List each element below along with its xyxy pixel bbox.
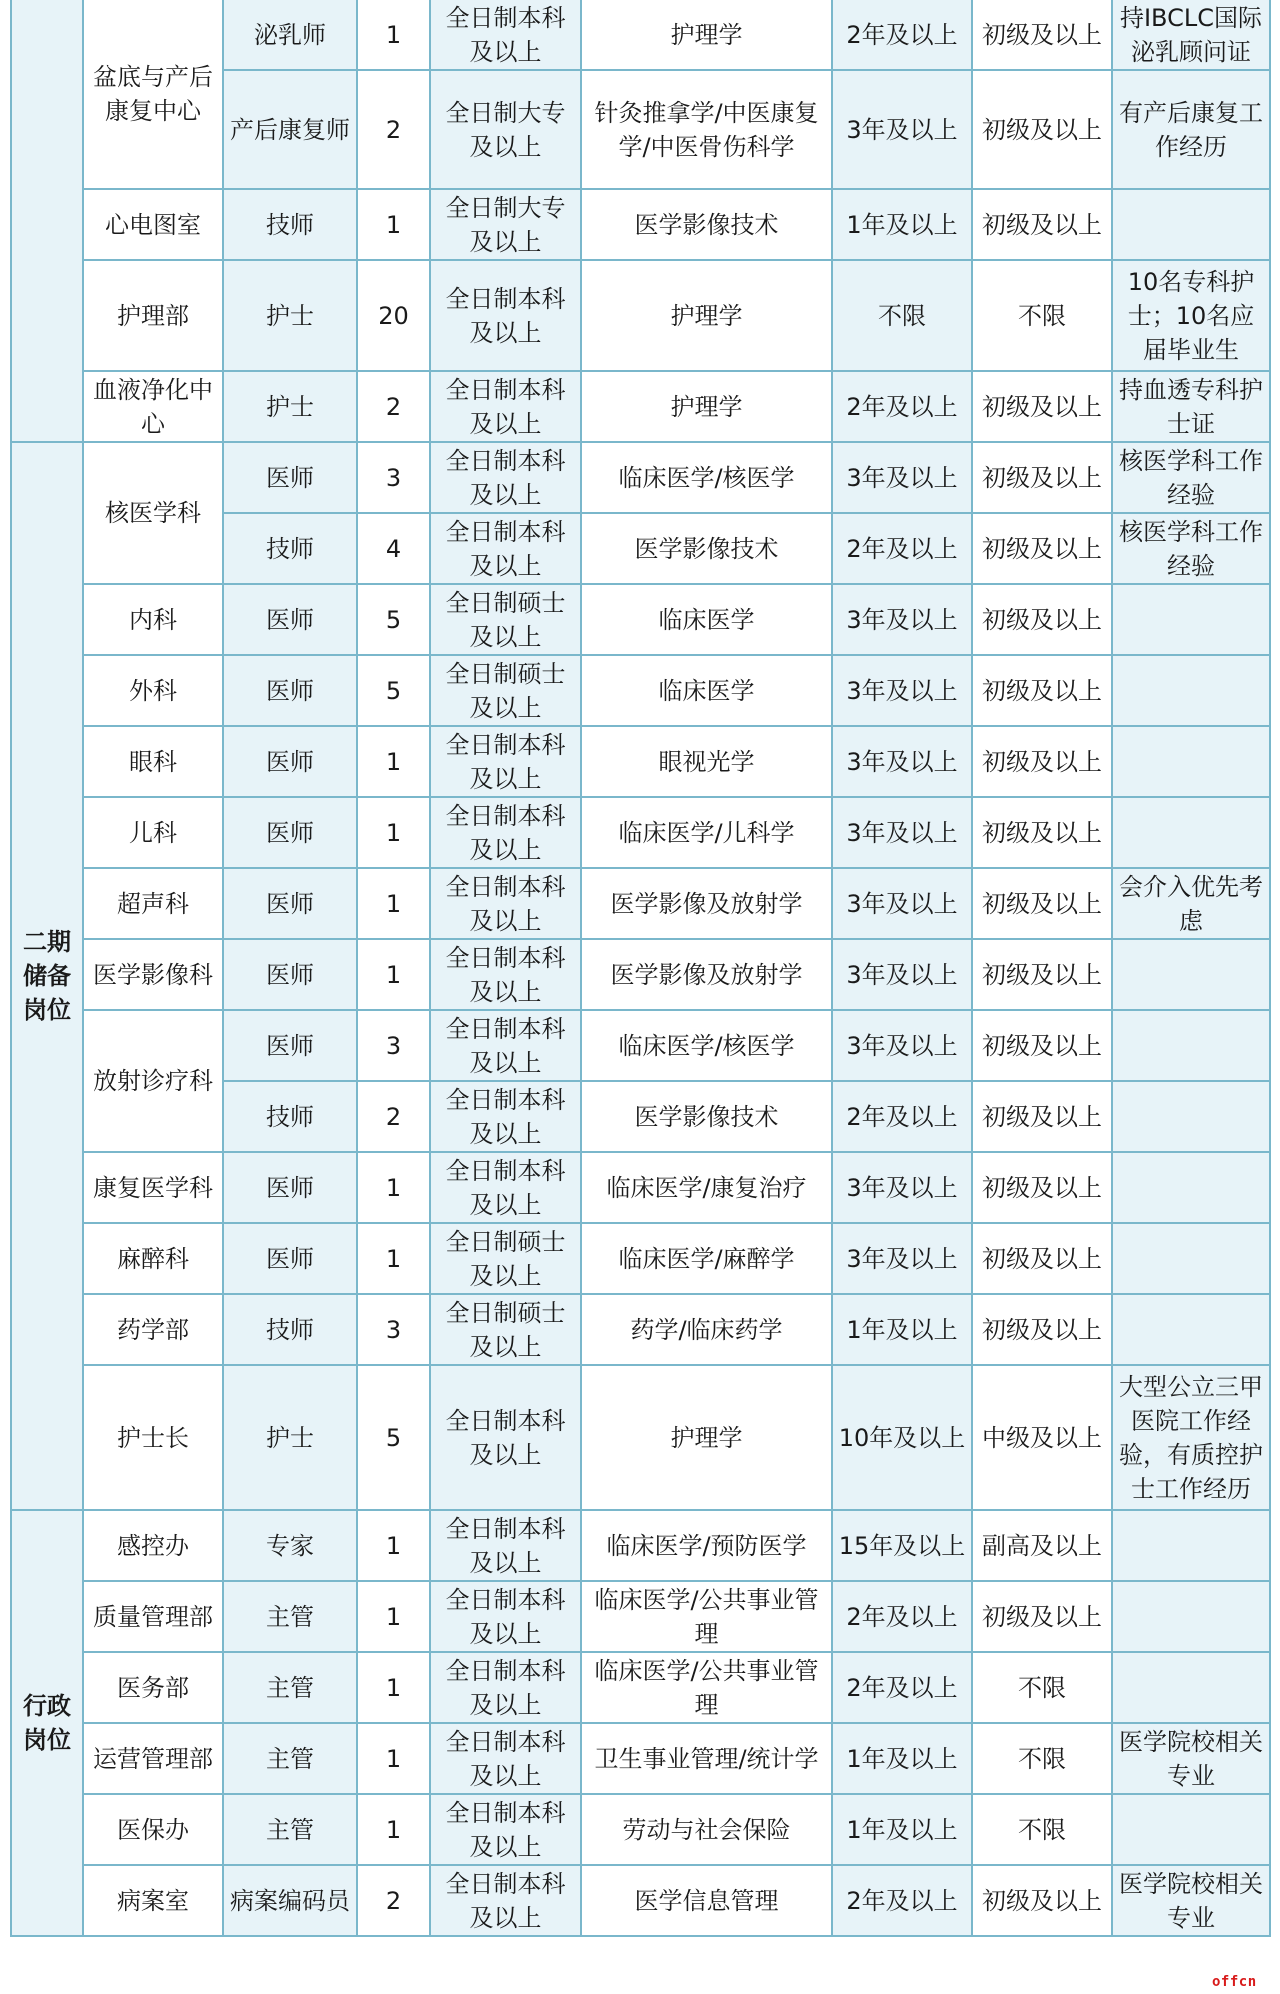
- table-row: 运营管理部 主管 1 全日制本科及以上 卫生事业管理/统计学 1年及以上 不限 …: [11, 1723, 1270, 1794]
- major-cell: 临床医学: [581, 655, 832, 726]
- note-cell: 10名专科护士；10名应届毕业生: [1112, 260, 1270, 371]
- dept-cell: 盆底与产后康复中心: [83, 0, 223, 189]
- title-cell: 初级及以上: [972, 1010, 1112, 1081]
- count-cell: 1: [357, 189, 430, 260]
- position-cell: 医师: [223, 1223, 357, 1294]
- table-row: 行政岗位 感控办 专家 1 全日制本科及以上 临床医学/预防医学 15年及以上 …: [11, 1510, 1270, 1581]
- dept-cell: 核医学科: [83, 442, 223, 584]
- education-cell: 全日制本科及以上: [430, 260, 581, 371]
- recruitment-table-container: 盆底与产后康复中心 泌乳师 1 全日制本科及以上 护理学 2年及以上 初级及以上…: [10, 0, 1269, 1937]
- experience-cell: 3年及以上: [832, 1152, 972, 1223]
- experience-cell: 3年及以上: [832, 655, 972, 726]
- experience-cell: 1年及以上: [832, 189, 972, 260]
- table-row: 医保办 主管 1 全日制本科及以上 劳动与社会保险 1年及以上 不限: [11, 1794, 1270, 1865]
- note-cell: 有产后康复工作经历: [1112, 70, 1270, 189]
- dept-cell: 质量管理部: [83, 1581, 223, 1652]
- note-cell: 核医学科工作经验: [1112, 513, 1270, 584]
- dept-cell: 感控办: [83, 1510, 223, 1581]
- experience-cell: 3年及以上: [832, 1010, 972, 1081]
- table-row: 内科 医师 5 全日制硕士及以上 临床医学 3年及以上 初级及以上: [11, 584, 1270, 655]
- position-cell: 主管: [223, 1723, 357, 1794]
- count-cell: 1: [357, 1723, 430, 1794]
- title-cell: 不限: [972, 1794, 1112, 1865]
- dept-cell: 心电图室: [83, 189, 223, 260]
- title-cell: 初级及以上: [972, 797, 1112, 868]
- dept-cell: 药学部: [83, 1294, 223, 1365]
- major-cell: 医学影像及放射学: [581, 868, 832, 939]
- table-row: 心电图室 技师 1 全日制大专及以上 医学影像技术 1年及以上 初级及以上: [11, 189, 1270, 260]
- major-cell: 护理学: [581, 1365, 832, 1510]
- position-cell: 护士: [223, 260, 357, 371]
- experience-cell: 2年及以上: [832, 1652, 972, 1723]
- major-cell: 护理学: [581, 260, 832, 371]
- count-cell: 4: [357, 513, 430, 584]
- note-cell: [1112, 1152, 1270, 1223]
- count-cell: 5: [357, 655, 430, 726]
- dept-cell: 运营管理部: [83, 1723, 223, 1794]
- major-cell: 针灸推拿学/中医康复学/中医骨伤科学: [581, 70, 832, 189]
- experience-cell: 15年及以上: [832, 1510, 972, 1581]
- position-cell: 主管: [223, 1652, 357, 1723]
- recruitment-table: 盆底与产后康复中心 泌乳师 1 全日制本科及以上 护理学 2年及以上 初级及以上…: [10, 0, 1271, 1937]
- title-cell: 初级及以上: [972, 1152, 1112, 1223]
- experience-cell: 3年及以上: [832, 70, 972, 189]
- education-cell: 全日制本科及以上: [430, 1365, 581, 1510]
- title-cell: 初级及以上: [972, 513, 1112, 584]
- experience-cell: 2年及以上: [832, 1865, 972, 1936]
- education-cell: 全日制硕士及以上: [430, 655, 581, 726]
- count-cell: 1: [357, 726, 430, 797]
- count-cell: 1: [357, 0, 430, 70]
- note-cell: [1112, 1652, 1270, 1723]
- major-cell: 劳动与社会保险: [581, 1794, 832, 1865]
- education-cell: 全日制大专及以上: [430, 70, 581, 189]
- table-row: 质量管理部 主管 1 全日制本科及以上 临床医学/公共事业管理 2年及以上 初级…: [11, 1581, 1270, 1652]
- table-row: 康复医学科 医师 1 全日制本科及以上 临床医学/康复治疗 3年及以上 初级及以…: [11, 1152, 1270, 1223]
- note-cell: 核医学科工作经验: [1112, 442, 1270, 513]
- position-cell: 医师: [223, 797, 357, 868]
- dept-cell: 内科: [83, 584, 223, 655]
- note-cell: [1112, 655, 1270, 726]
- watermark-logo: offcn: [1212, 1974, 1257, 1990]
- dept-cell: 医务部: [83, 1652, 223, 1723]
- title-cell: 不限: [972, 260, 1112, 371]
- dept-cell: 眼科: [83, 726, 223, 797]
- experience-cell: 1年及以上: [832, 1794, 972, 1865]
- note-cell: 持血透专科护士证: [1112, 371, 1270, 442]
- education-cell: 全日制本科及以上: [430, 1010, 581, 1081]
- note-cell: [1112, 1510, 1270, 1581]
- experience-cell: 10年及以上: [832, 1365, 972, 1510]
- position-cell: 病案编码员: [223, 1865, 357, 1936]
- count-cell: 1: [357, 1510, 430, 1581]
- major-cell: 护理学: [581, 371, 832, 442]
- title-cell: 不限: [972, 1652, 1112, 1723]
- major-cell: 临床医学/核医学: [581, 442, 832, 513]
- dept-cell: 病案室: [83, 1865, 223, 1936]
- major-cell: 临床医学/核医学: [581, 1010, 832, 1081]
- major-cell: 临床医学/预防医学: [581, 1510, 832, 1581]
- education-cell: 全日制本科及以上: [430, 939, 581, 1010]
- dept-cell: 护理部: [83, 260, 223, 371]
- title-cell: 初级及以上: [972, 1294, 1112, 1365]
- major-cell: 临床医学/儿科学: [581, 797, 832, 868]
- category-cell: 二期储备岗位: [11, 442, 83, 1510]
- table-row: 医学影像科 医师 1 全日制本科及以上 医学影像及放射学 3年及以上 初级及以上: [11, 939, 1270, 1010]
- major-cell: 医学影像及放射学: [581, 939, 832, 1010]
- major-cell: 临床医学/公共事业管理: [581, 1581, 832, 1652]
- position-cell: 护士: [223, 1365, 357, 1510]
- education-cell: 全日制本科及以上: [430, 1152, 581, 1223]
- title-cell: 初级及以上: [972, 1223, 1112, 1294]
- count-cell: 2: [357, 1865, 430, 1936]
- position-cell: 技师: [223, 1081, 357, 1152]
- count-cell: 1: [357, 939, 430, 1010]
- experience-cell: 3年及以上: [832, 726, 972, 797]
- position-cell: 产后康复师: [223, 70, 357, 189]
- position-cell: 主管: [223, 1581, 357, 1652]
- experience-cell: 2年及以上: [832, 1581, 972, 1652]
- major-cell: 药学/临床药学: [581, 1294, 832, 1365]
- note-cell: [1112, 1223, 1270, 1294]
- count-cell: 1: [357, 1223, 430, 1294]
- experience-cell: 不限: [832, 260, 972, 371]
- experience-cell: 2年及以上: [832, 371, 972, 442]
- education-cell: 全日制本科及以上: [430, 1865, 581, 1936]
- title-cell: 初级及以上: [972, 1581, 1112, 1652]
- experience-cell: 3年及以上: [832, 442, 972, 513]
- dept-cell: 放射诊疗科: [83, 1010, 223, 1152]
- title-cell: 初级及以上: [972, 939, 1112, 1010]
- note-cell: [1112, 1794, 1270, 1865]
- table-row: 超声科 医师 1 全日制本科及以上 医学影像及放射学 3年及以上 初级及以上 会…: [11, 868, 1270, 939]
- position-cell: 医师: [223, 1010, 357, 1081]
- education-cell: 全日制本科及以上: [430, 726, 581, 797]
- count-cell: 3: [357, 1010, 430, 1081]
- table-row: 盆底与产后康复中心 泌乳师 1 全日制本科及以上 护理学 2年及以上 初级及以上…: [11, 0, 1270, 70]
- table-row: 眼科 医师 1 全日制本科及以上 眼视光学 3年及以上 初级及以上: [11, 726, 1270, 797]
- count-cell: 1: [357, 1794, 430, 1865]
- education-cell: 全日制本科及以上: [430, 371, 581, 442]
- dept-cell: 医保办: [83, 1794, 223, 1865]
- note-cell: 医学院校相关专业: [1112, 1723, 1270, 1794]
- experience-cell: 3年及以上: [832, 1223, 972, 1294]
- education-cell: 全日制硕士及以上: [430, 1294, 581, 1365]
- position-cell: 技师: [223, 189, 357, 260]
- title-cell: 不限: [972, 1723, 1112, 1794]
- title-cell: 初级及以上: [972, 371, 1112, 442]
- dept-cell: 超声科: [83, 868, 223, 939]
- experience-cell: 3年及以上: [832, 939, 972, 1010]
- major-cell: 医学信息管理: [581, 1865, 832, 1936]
- education-cell: 全日制本科及以上: [430, 513, 581, 584]
- title-cell: 初级及以上: [972, 0, 1112, 70]
- count-cell: 1: [357, 868, 430, 939]
- note-cell: [1112, 189, 1270, 260]
- major-cell: 临床医学/康复治疗: [581, 1152, 832, 1223]
- position-cell: 医师: [223, 868, 357, 939]
- count-cell: 5: [357, 584, 430, 655]
- education-cell: 全日制本科及以上: [430, 1794, 581, 1865]
- title-cell: 初级及以上: [972, 868, 1112, 939]
- title-cell: 初级及以上: [972, 1865, 1112, 1936]
- title-cell: 初级及以上: [972, 726, 1112, 797]
- major-cell: 医学影像技术: [581, 513, 832, 584]
- position-cell: 主管: [223, 1794, 357, 1865]
- title-cell: 初级及以上: [972, 189, 1112, 260]
- count-cell: 20: [357, 260, 430, 371]
- experience-cell: 3年及以上: [832, 797, 972, 868]
- title-cell: 初级及以上: [972, 70, 1112, 189]
- count-cell: 2: [357, 371, 430, 442]
- note-cell: 会介入优先考虑: [1112, 868, 1270, 939]
- dept-cell: 护士长: [83, 1365, 223, 1510]
- major-cell: 眼视光学: [581, 726, 832, 797]
- position-cell: 泌乳师: [223, 0, 357, 70]
- count-cell: 2: [357, 1081, 430, 1152]
- dept-cell: 医学影像科: [83, 939, 223, 1010]
- major-cell: 临床医学/麻醉学: [581, 1223, 832, 1294]
- table-row: 外科 医师 5 全日制硕士及以上 临床医学 3年及以上 初级及以上: [11, 655, 1270, 726]
- education-cell: 全日制本科及以上: [430, 868, 581, 939]
- count-cell: 3: [357, 442, 430, 513]
- note-cell: [1112, 1010, 1270, 1081]
- table-row: 麻醉科 医师 1 全日制硕士及以上 临床医学/麻醉学 3年及以上 初级及以上: [11, 1223, 1270, 1294]
- table-row: 医务部 主管 1 全日制本科及以上 临床医学/公共事业管理 2年及以上 不限: [11, 1652, 1270, 1723]
- major-cell: 临床医学/公共事业管理: [581, 1652, 832, 1723]
- title-cell: 初级及以上: [972, 584, 1112, 655]
- experience-cell: 1年及以上: [832, 1294, 972, 1365]
- note-cell: [1112, 939, 1270, 1010]
- education-cell: 全日制大专及以上: [430, 189, 581, 260]
- experience-cell: 3年及以上: [832, 584, 972, 655]
- note-cell: [1112, 797, 1270, 868]
- table-row: 药学部 技师 3 全日制硕士及以上 药学/临床药学 1年及以上 初级及以上: [11, 1294, 1270, 1365]
- education-cell: 全日制本科及以上: [430, 1723, 581, 1794]
- count-cell: 1: [357, 1152, 430, 1223]
- education-cell: 全日制本科及以上: [430, 1581, 581, 1652]
- table-row: 放射诊疗科 医师 3 全日制本科及以上 临床医学/核医学 3年及以上 初级及以上: [11, 1010, 1270, 1081]
- position-cell: 技师: [223, 1294, 357, 1365]
- note-cell: 大型公立三甲医院工作经验，有质控护士工作经历: [1112, 1365, 1270, 1510]
- note-cell: [1112, 1581, 1270, 1652]
- note-cell: 持IBCLC国际泌乳顾问证: [1112, 0, 1270, 70]
- education-cell: 全日制本科及以上: [430, 797, 581, 868]
- dept-cell: 麻醉科: [83, 1223, 223, 1294]
- count-cell: 1: [357, 1581, 430, 1652]
- dept-cell: 儿科: [83, 797, 223, 868]
- education-cell: 全日制本科及以上: [430, 0, 581, 70]
- position-cell: 医师: [223, 1152, 357, 1223]
- experience-cell: 2年及以上: [832, 1081, 972, 1152]
- major-cell: 护理学: [581, 0, 832, 70]
- title-cell: 初级及以上: [972, 442, 1112, 513]
- position-cell: 医师: [223, 655, 357, 726]
- position-cell: 医师: [223, 584, 357, 655]
- position-cell: 护士: [223, 371, 357, 442]
- major-cell: 医学影像技术: [581, 1081, 832, 1152]
- dept-cell: 外科: [83, 655, 223, 726]
- table-row: 二期储备岗位 核医学科 医师 3 全日制本科及以上 临床医学/核医学 3年及以上…: [11, 442, 1270, 513]
- count-cell: 5: [357, 1365, 430, 1510]
- category-cell: [11, 0, 83, 442]
- position-cell: 医师: [223, 939, 357, 1010]
- title-cell: 初级及以上: [972, 655, 1112, 726]
- experience-cell: 3年及以上: [832, 868, 972, 939]
- education-cell: 全日制本科及以上: [430, 1652, 581, 1723]
- count-cell: 2: [357, 70, 430, 189]
- table-row: 病案室 病案编码员 2 全日制本科及以上 医学信息管理 2年及以上 初级及以上 …: [11, 1865, 1270, 1936]
- note-cell: [1112, 1294, 1270, 1365]
- category-cell: 行政岗位: [11, 1510, 83, 1936]
- table-row: 血液净化中心 护士 2 全日制本科及以上 护理学 2年及以上 初级及以上 持血透…: [11, 371, 1270, 442]
- major-cell: 卫生事业管理/统计学: [581, 1723, 832, 1794]
- position-cell: 专家: [223, 1510, 357, 1581]
- note-cell: [1112, 1081, 1270, 1152]
- education-cell: 全日制本科及以上: [430, 442, 581, 513]
- experience-cell: 2年及以上: [832, 0, 972, 70]
- experience-cell: 1年及以上: [832, 1723, 972, 1794]
- count-cell: 1: [357, 1652, 430, 1723]
- position-cell: 技师: [223, 513, 357, 584]
- dept-cell: 康复医学科: [83, 1152, 223, 1223]
- table-row: 护士长 护士 5 全日制本科及以上 护理学 10年及以上 中级及以上 大型公立三…: [11, 1365, 1270, 1510]
- note-cell: [1112, 584, 1270, 655]
- education-cell: 全日制本科及以上: [430, 1510, 581, 1581]
- education-cell: 全日制硕士及以上: [430, 584, 581, 655]
- major-cell: 医学影像技术: [581, 189, 832, 260]
- count-cell: 1: [357, 797, 430, 868]
- experience-cell: 2年及以上: [832, 513, 972, 584]
- title-cell: 初级及以上: [972, 1081, 1112, 1152]
- table-row: 儿科 医师 1 全日制本科及以上 临床医学/儿科学 3年及以上 初级及以上: [11, 797, 1270, 868]
- education-cell: 全日制硕士及以上: [430, 1223, 581, 1294]
- note-cell: [1112, 726, 1270, 797]
- note-cell: 医学院校相关专业: [1112, 1865, 1270, 1936]
- dept-cell: 血液净化中心: [83, 371, 223, 442]
- position-cell: 医师: [223, 726, 357, 797]
- education-cell: 全日制本科及以上: [430, 1081, 581, 1152]
- title-cell: 中级及以上: [972, 1365, 1112, 1510]
- count-cell: 3: [357, 1294, 430, 1365]
- title-cell: 副高及以上: [972, 1510, 1112, 1581]
- major-cell: 临床医学: [581, 584, 832, 655]
- table-row: 护理部 护士 20 全日制本科及以上 护理学 不限 不限 10名专科护士；10名…: [11, 260, 1270, 371]
- position-cell: 医师: [223, 442, 357, 513]
